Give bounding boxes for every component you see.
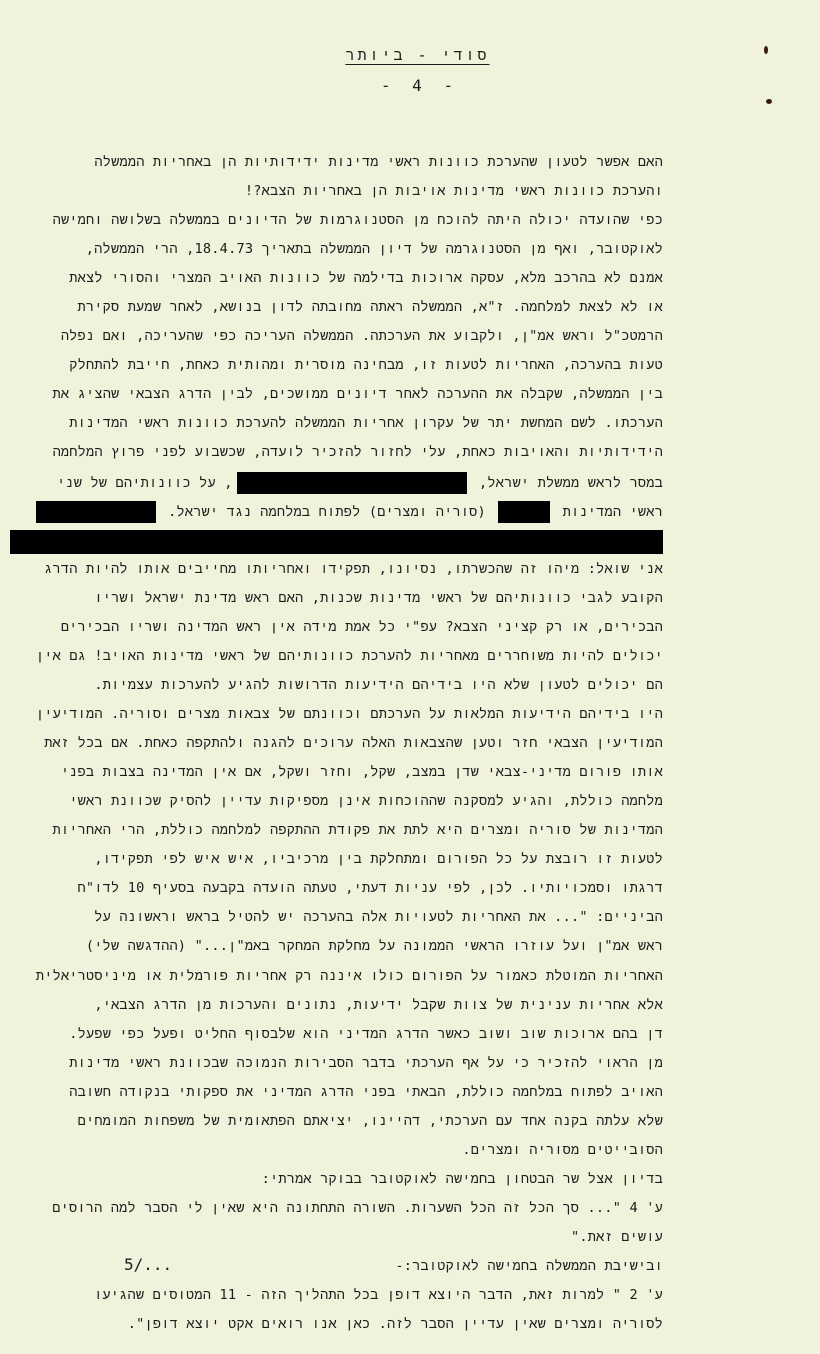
text-line: לסוריה ומצרים שאין עדיין הסבר לזה. כאן א…	[128, 1314, 663, 1334]
ink-mark	[766, 99, 772, 104]
text-line: טעות בהערכה, האחריות לטעות זו, מבחינה מו…	[69, 355, 663, 375]
text-line: אני שואל: מיהו זה שהכשרתו, נסיונו, תפקיד…	[44, 559, 663, 579]
text-run: במסר לראש ממשלת ישראל,	[471, 475, 663, 491]
text-line: עושים זאת."	[571, 1227, 663, 1247]
text-run: בין הממשלה, שקבלה את ההערכה לאחר דיונים …	[53, 386, 663, 402]
text-run: כפי שהועדה יכולה היתה להוכח מן הסטנוגרמו…	[53, 212, 663, 228]
text-line: המודיעין הצבאי חזר וטען שהצבאות האלה ערו…	[44, 733, 663, 753]
redaction-bar	[10, 530, 663, 554]
text-line: היו בידיהם הידיעות המלאות על הערכתם וכוו…	[36, 704, 663, 724]
text-run: האויב לפתוח במלחמה כוללת, הבאתי בפני הדר…	[69, 1084, 663, 1100]
text-run: האחריות המוטלת כאמור על הפורום כולו איננ…	[36, 968, 663, 984]
text-run: הבכירים, או רק קציני הצבא? עפ"י כל אמת מ…	[61, 619, 663, 635]
text-line: אמנם לא בהרכב מלא, עסקה ארוכות בדילמה של…	[69, 268, 663, 288]
text-line: אלא אחריות ענינית של צוות שקבל ידיעות, נ…	[94, 995, 663, 1015]
text-line: לאוקטובר, ואף מן הסטנוגרמה של דיון הממשל…	[86, 239, 663, 259]
text-line: בדיון אצל שר הבטחון בחמישה לאוקטובר בבוק…	[262, 1169, 663, 1189]
text-line: יכולים להיות משוחררים מאחריות להערכת כוו…	[36, 646, 663, 666]
text-line: הערכתו. לשם המחשת יתר של עקרון אחריות המ…	[69, 413, 663, 433]
text-line: הביניים: "... את האחריות לטעויות אלה בהע…	[94, 907, 663, 927]
text-run: הידידותיות והאויבות כאחת, עלי לחזור להזכ…	[53, 444, 663, 460]
text-run: הערכתו. לשם המחשת יתר של עקרון אחריות המ…	[69, 415, 663, 431]
text-line: לטעות זו רובצת על כל הפורום ומתחלקת בין …	[94, 849, 663, 869]
text-line	[10, 530, 663, 554]
text-run: והערכת כוונות ראשי מדינות אויבות הן באחר…	[245, 183, 663, 199]
text-line: ע' 2 " למרות זאת, הדבר היוצא דופן בכל הת…	[94, 1285, 663, 1305]
text-line: המדינות של סוריה ומצרים היא לתת את פקודת…	[53, 820, 663, 840]
text-line: דרגתו וסמכויותיו. לכן, לפי עניות דעתי, ט…	[78, 878, 664, 898]
text-run: עושים זאת."	[571, 1229, 663, 1245]
text-line: ובישיבת הממשלה בחמישה לאוקטובר:-	[395, 1256, 663, 1276]
page-number: - 4 -	[370, 76, 470, 95]
text-run: הסובייטים מסוריה ומצרים.	[462, 1142, 663, 1158]
text-line: הבכירים, או רק קציני הצבא? עפ"י כל אמת מ…	[61, 617, 663, 637]
text-line: הם יכולים לטעון שלא היו בידיהם הידיעות ה…	[94, 675, 663, 695]
text-line: או לא לצאת למלחמה. ז"א, הממשלה ראתה מחוב…	[78, 297, 663, 317]
text-line: ראשי המדינות (סוריה ומצרים) לפתוח במלחמה…	[32, 501, 663, 523]
text-line: והערכת כוונות ראשי מדינות אויבות הן באחר…	[245, 181, 663, 201]
text-run: הקובע לגבי כוונותיהם של ראשי מדינות שכנו…	[94, 590, 663, 606]
text-line: האחריות המוטלת כאמור על הפורום כולו איננ…	[36, 966, 663, 986]
text-line: אותו פורום מדיני-צבאי שדן במצב, שקל, וחז…	[61, 762, 663, 782]
text-run: יכולים להיות משוחררים מאחריות להערכת כוו…	[36, 648, 663, 664]
text-run: ובישיבת הממשלה בחמישה לאוקטובר:-	[395, 1258, 663, 1274]
text-line: ע' 4 "... סך הכל זה הכל השערות. השורה הת…	[52, 1198, 663, 1218]
text-run: ראשי המדינות	[554, 504, 663, 520]
text-run: לטעות זו רובצת על כל הפורום ומתחלקת בין …	[94, 851, 663, 867]
text-line: הקובע לגבי כוונותיהם של ראשי מדינות שכנו…	[94, 588, 663, 608]
text-run: לסוריה ומצרים שאין עדיין הסבר לזה. כאן א…	[128, 1316, 663, 1332]
text-run: טעות בהערכה, האחריות לטעות זו, מבחינה מו…	[69, 357, 663, 373]
text-run: דן בהם ארוכות שוב ושוב כאשר הדרג המדיני …	[69, 1026, 663, 1042]
text-line: האויב לפתוח במלחמה כוללת, הבאתי בפני הדר…	[69, 1082, 663, 1102]
redaction-bar	[498, 501, 550, 523]
text-line: האם אפשר לטעון שהערכת כוונות ראשי מדינות…	[94, 152, 663, 172]
text-run: מן הראוי להזכיר כי על אף הערכתי בדבר הסב…	[69, 1055, 663, 1071]
text-line: הידידותיות והאויבות כאחת, עלי לחזור להזכ…	[53, 442, 663, 462]
text-run: ע' 4 "... סך הכל זה הכל השערות. השורה הת…	[52, 1200, 663, 1216]
text-line: כפי שהועדה יכולה היתה להוכח מן הסטנוגרמו…	[53, 210, 663, 230]
text-run: אותו פורום מדיני-צבאי שדן במצב, שקל, וחז…	[61, 764, 663, 780]
text-run: אני שואל: מיהו זה שהכשרתו, נסיונו, תפקיד…	[44, 561, 663, 577]
text-run: , על כוונותיהם של שני	[57, 475, 233, 491]
text-run: או לא לצאת למלחמה. ז"א, הממשלה ראתה מחוב…	[78, 299, 663, 315]
text-run: המדינות של סוריה ומצרים היא לתת את פקודת…	[53, 822, 663, 838]
text-run: מלחמה כוללת, והגיע למסקנה שההוכחות אינן …	[69, 793, 663, 809]
text-run: בדיון אצל שר הבטחון בחמישה לאוקטובר בבוק…	[262, 1171, 663, 1187]
document-page: סודי - ביותר - 4 - האם אפשר לטעון שהערכת…	[0, 0, 820, 1354]
text-run: אלא אחריות ענינית של צוות שקבל ידיעות, נ…	[94, 997, 663, 1013]
text-run: האם אפשר לטעון שהערכת כוונות ראשי מדינות…	[94, 154, 663, 170]
text-run: (סוריה ומצרים) לפתוח במלחמה נגד ישראל.	[160, 504, 495, 520]
text-run: הרמטכ"ל וראש אמ"ן, ולקבוע את הערכתה. הממ…	[61, 328, 663, 344]
text-run: ראש אמ"ן ועל עוזרו הראשי הממונה על מחלקת…	[86, 938, 663, 954]
classification-header: סודי - ביותר	[320, 46, 515, 65]
text-line: הסובייטים מסוריה ומצרים.	[462, 1140, 663, 1160]
text-run: הביניים: "... את האחריות לטעויות אלה בהע…	[94, 909, 663, 925]
text-line: ראש אמ"ן ועל עוזרו הראשי הממונה על מחלקת…	[86, 936, 663, 956]
text-run: דרגתו וסמכויותיו. לכן, לפי עניות דעתי, ט…	[78, 880, 664, 896]
redaction-bar	[36, 501, 156, 523]
text-run: המודיעין הצבאי חזר וטען שהצבאות האלה ערו…	[44, 735, 663, 751]
text-line: מן הראוי להזכיר כי על אף הערכתי בדבר הסב…	[69, 1053, 663, 1073]
text-run: הם יכולים לטעון שלא היו בידיהם הידיעות ה…	[94, 677, 663, 693]
redaction-bar	[237, 472, 467, 494]
text-run: ע' 2 " למרות זאת, הדבר היוצא דופן בכל הת…	[94, 1287, 663, 1303]
text-line: דן בהם ארוכות שוב ושוב כאשר הדרג המדיני …	[69, 1024, 663, 1044]
text-run: היו בידיהם הידיעות המלאות על הערכתם וכוו…	[36, 706, 663, 722]
ink-mark	[764, 46, 768, 54]
text-run: שלא עלתה בקנה אחד עם הערכתי, דהיינו, יצי…	[78, 1113, 663, 1129]
text-line: הרמטכ"ל וראש אמ"ן, ולקבוע את הערכתה. הממ…	[61, 326, 663, 346]
continuation-marker: 5/...	[124, 1255, 172, 1274]
text-line: בין הממשלה, שקבלה את ההערכה לאחר דיונים …	[53, 384, 663, 404]
text-run: אמנם לא בהרכב מלא, עסקה ארוכות בדילמה של…	[69, 270, 663, 286]
text-line: שלא עלתה בקנה אחד עם הערכתי, דהיינו, יצי…	[78, 1111, 663, 1131]
text-line: במסר לראש ממשלת ישראל, , על כוונותיהם של…	[57, 472, 663, 494]
text-line: מלחמה כוללת, והגיע למסקנה שההוכחות אינן …	[69, 791, 663, 811]
text-run: לאוקטובר, ואף מן הסטנוגרמה של דיון הממשל…	[86, 241, 663, 257]
